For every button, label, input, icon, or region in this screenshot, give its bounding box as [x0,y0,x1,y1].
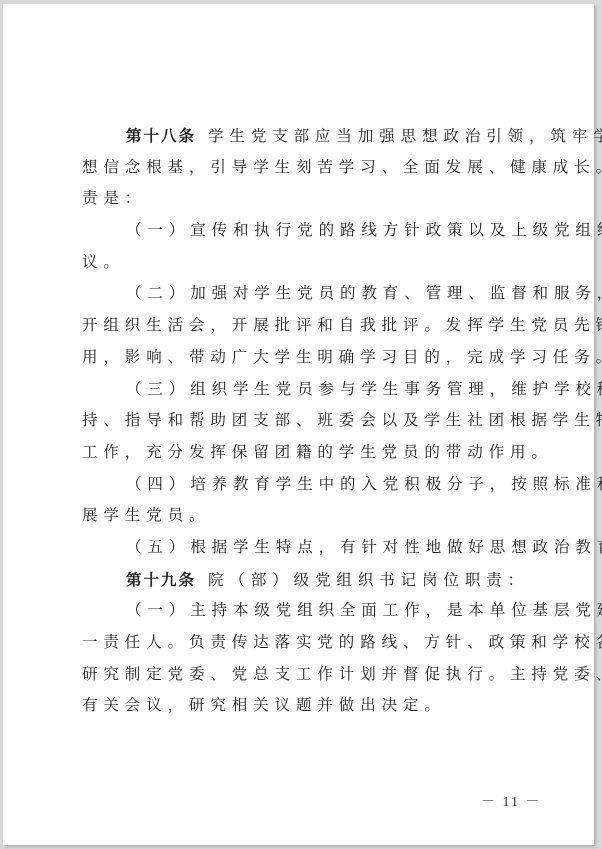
text-line: 开组织生活会，开展批评和自我批评。发挥学生党员先锋模范作 [82,310,542,342]
text-line: 议。 [82,247,542,279]
text-line: 用，影响、带动广大学生明确学习目的，完成学习任务。 [82,342,542,374]
text-line: （三）组织学生党员参与学生事务管理，维护学校稳定。支 [82,374,542,406]
text-line: 有关会议，研究相关议题并做出决定。 [82,690,542,722]
text-line: 一责任人。负责传达落实党的路线、方针、政策和学校各项决定， [82,627,542,659]
text-line: 展学生党员。 [82,500,542,532]
text-line: 责是： [82,183,542,215]
article-heading: 第十九条 [126,570,196,589]
text-line: （一）主持本级党组织全面工作，是本单位基层党建工作第 [82,595,542,627]
text-line: 持、指导和帮助团支部、班委会以及学生社团根据学生特点开展 [82,405,542,437]
document-body: 第十八条学生党支部应当加强思想政治引领，筑牢学生理 想信念根基，引导学生刻苦学习… [82,120,542,722]
text-line: 工作，充分发挥保留团籍的学生党员的带动作用。 [82,437,542,469]
text-line: （五）根据学生特点，有针对性地做好思想政治教育工作。 [82,532,542,564]
page-number: － 11 － [481,791,541,811]
text-line: 研究制定党委、党总支工作计划并督促执行。主持党委、党总支 [82,659,542,691]
text-line: 第十九条院（部）级党组织书记岗位职责： [82,564,542,596]
text-line: （二）加强对学生党员的教育、管理、监督和服务，定期召 [82,278,542,310]
text-line: （一）宣传和执行党的路线方针政策以及上级党组织的决 [82,215,542,247]
document-page: 第十八条学生党支部应当加强思想政治引领，筑牢学生理 想信念根基，引导学生刻苦学习… [3,4,594,845]
article-heading: 第十八条 [126,126,196,145]
text-line: （四）培养教育学生中的入党积极分子，按照标准和程序发 [82,469,542,501]
text-line: 第十八条学生党支部应当加强思想政治引领，筑牢学生理 [82,120,542,152]
text-line: 想信念根基，引导学生刻苦学习、全面发展、健康成长。主要职 [82,152,542,184]
